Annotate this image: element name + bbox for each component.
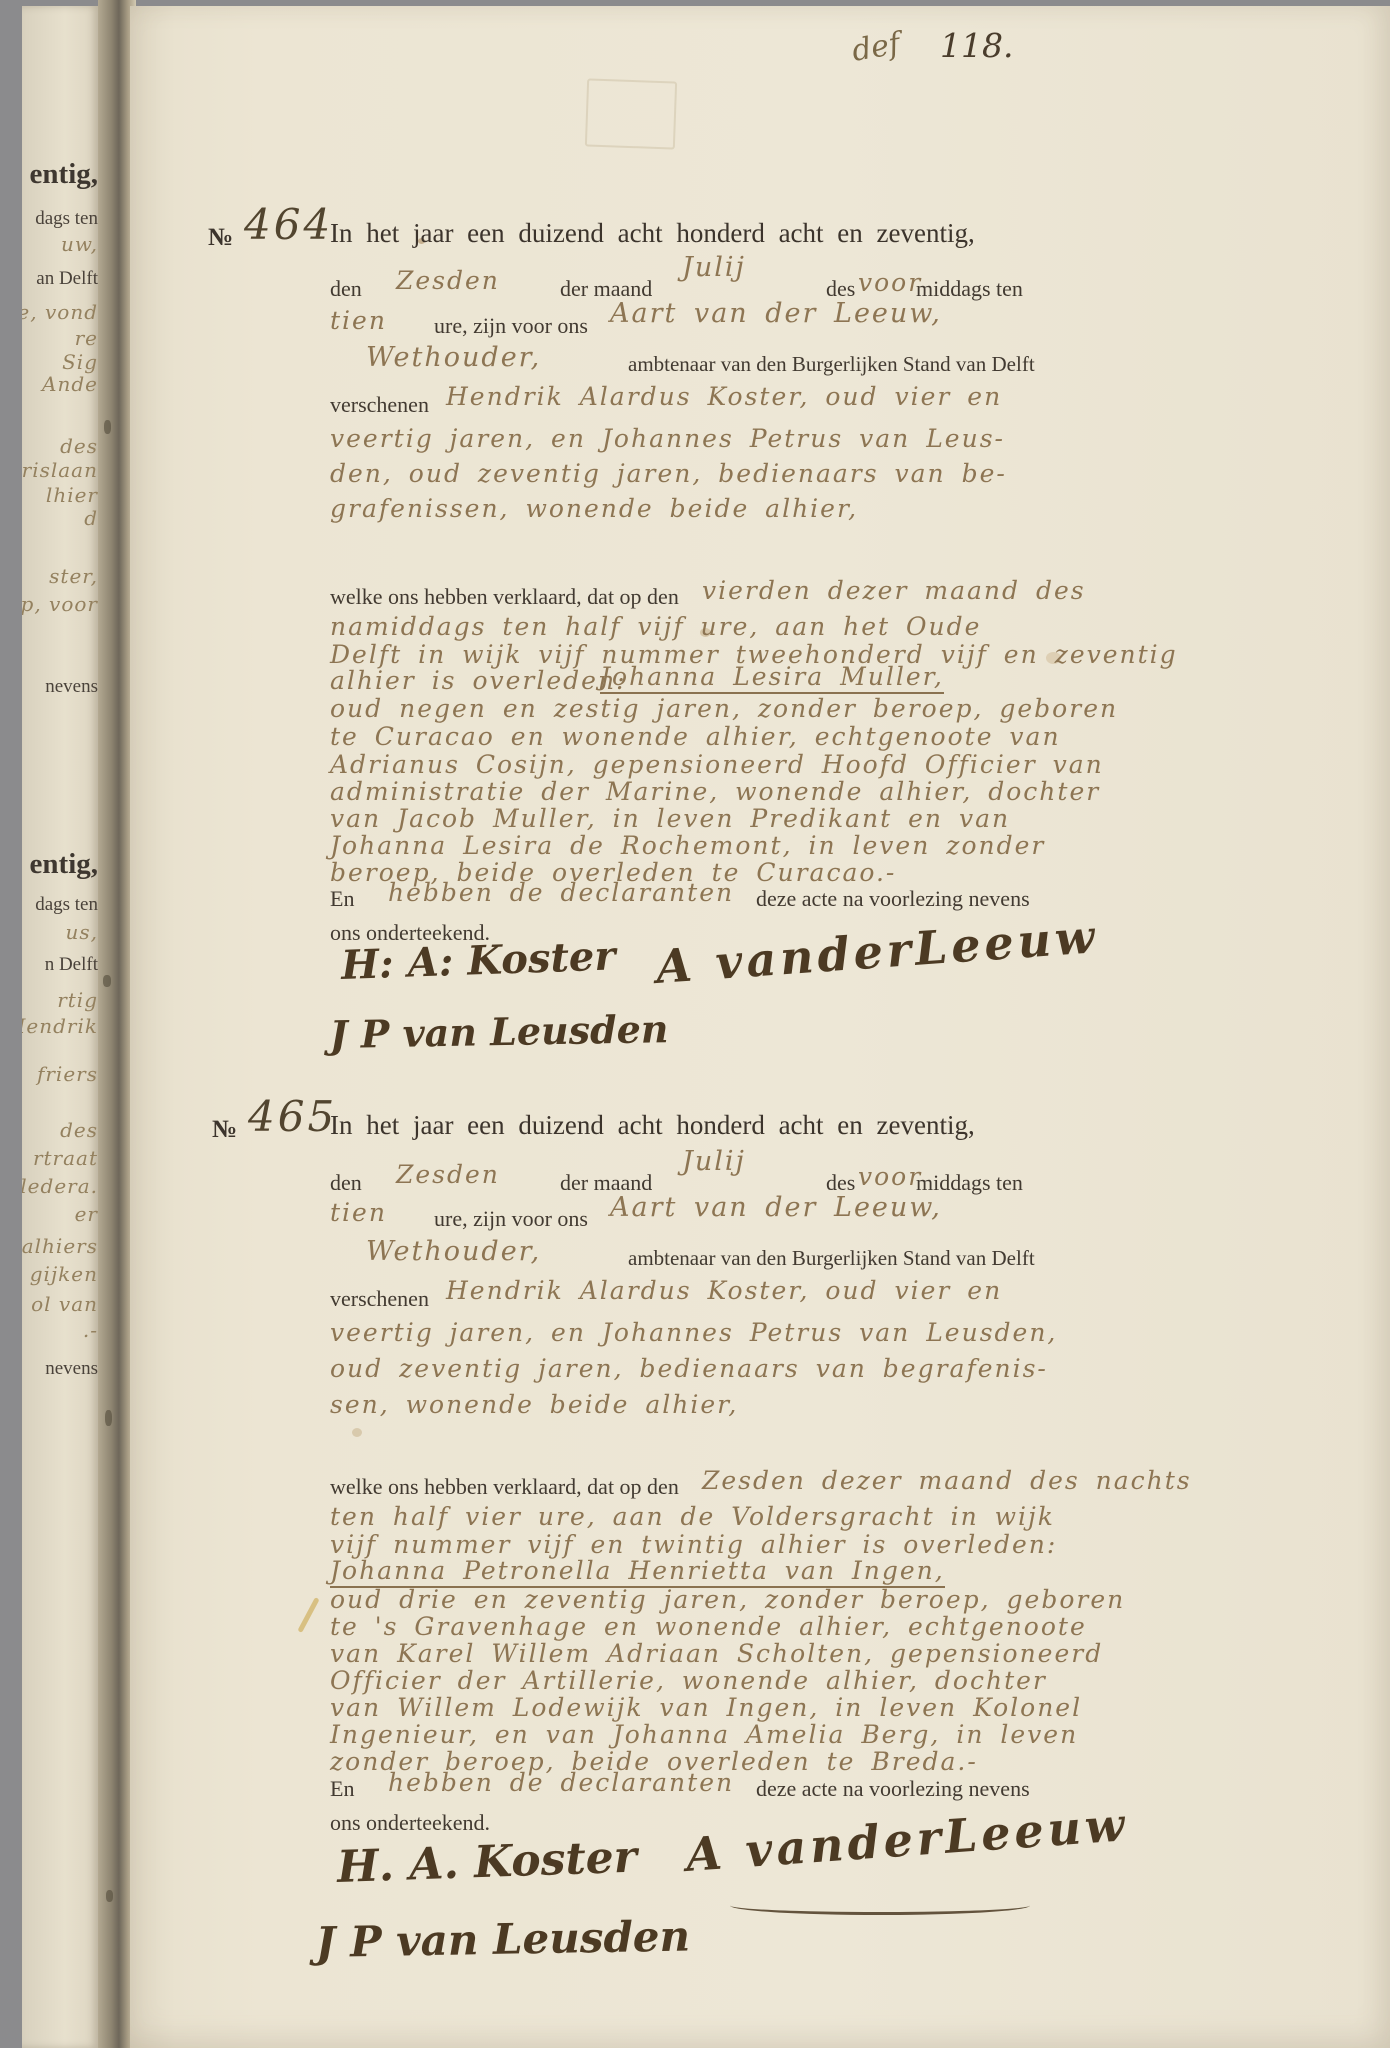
prev-page-fragment: des — [60, 1118, 98, 1142]
death-date-handwritten: Zesden dezer maand des nachts — [702, 1466, 1192, 1495]
closing-line: deze acte na voorlezing nevens — [756, 1776, 1030, 1802]
closing-line: deze acte na voorlezing nevens — [756, 886, 1030, 912]
declarants-line: veertig jaren, en Johannes Petrus van Le… — [330, 1318, 1057, 1347]
death-detail-line: van Willem Lodewijk van Ingen, in leven … — [330, 1693, 1082, 1722]
death-detail-line: ten half vier ure, aan de Voldersgracht … — [330, 1502, 1055, 1531]
foxing-spot — [352, 1428, 362, 1437]
binding-stitch — [106, 1890, 113, 1902]
declarants-line: den, oud zeventig jaren, bedienaars van … — [330, 459, 1007, 488]
signature-declarant-1: H: A: Koster — [340, 932, 616, 989]
declarants-start-handwritten: Hendrik Alardus Koster, oud vier en — [446, 382, 1002, 411]
death-date-handwritten: vierden dezer maand des — [702, 576, 1086, 605]
year-line: In het jaar een duizend acht honderd ach… — [330, 218, 975, 249]
daypart-handwritten: voor — [858, 1162, 922, 1191]
register-page-scan: entig, dags ten uw, an Delft e, vond re … — [0, 0, 1390, 2048]
declarants-start-handwritten: Hendrik Alardus Koster, oud vier en — [446, 1276, 1002, 1305]
month-handwritten: Julij — [682, 252, 746, 283]
prev-page-fragment: re — [75, 326, 98, 350]
en-label: En — [330, 886, 354, 912]
prev-page-fragment: gijken — [30, 1262, 98, 1286]
death-detail-line: namiddags ten half vijf ure, aan het Oud… — [330, 612, 981, 641]
declarants-line: oud zeventig jaren, bedienaars van begra… — [330, 1354, 1048, 1383]
prev-page-fragment: ledera. — [22, 1174, 98, 1198]
declared-handwritten: hebben de declaranten — [388, 878, 734, 907]
binding-stitch — [105, 1410, 112, 1426]
deceased-name: Johanna Lesira Muller, — [600, 662, 944, 694]
faint-stamp — [585, 78, 677, 149]
prev-page-fragment: lhier — [46, 483, 98, 507]
official-title-handwritten: Wethouder, — [366, 342, 541, 373]
death-detail-line: Officier der Artillerie, wonende alhier,… — [330, 1666, 1047, 1695]
record-number: 465 — [248, 1092, 337, 1141]
en-label: En — [330, 1776, 354, 1802]
prev-page-fragment: Hendrik — [22, 1014, 98, 1038]
prev-page-fragment: p, voor — [22, 592, 98, 616]
signature-declarant-1: H. A. Koster — [336, 1832, 637, 1893]
prev-page-fragment: Sig — [62, 350, 98, 374]
prev-page-fragment: e, vond — [22, 300, 98, 324]
death-detail-line: te 's Gravenhage en wonende alhier, echt… — [330, 1612, 1087, 1641]
prev-page-fragment: dags ten — [35, 894, 98, 916]
official-name-handwritten: Aart van der Leeuw, — [610, 1192, 942, 1223]
record-number-symbol: № — [212, 1116, 237, 1144]
prev-page-fragment: uw, — [61, 232, 98, 256]
deceased-name: Johanna Petronella Henrietta van Ingen, — [330, 1556, 945, 1588]
binding-stitch — [103, 975, 111, 987]
record-number: 464 — [244, 200, 333, 249]
prev-page-fragment: friers — [37, 1062, 98, 1086]
welke-label: welke ons hebben verklaard, dat op den — [330, 584, 679, 610]
signature-flourish — [730, 1896, 1030, 1915]
den-label: den — [330, 1170, 362, 1196]
hour-handwritten: tien — [330, 306, 387, 335]
official-name-handwritten: Aart van der Leeuw, — [610, 298, 942, 329]
death-detail-line: oud negen en zestig jaren, zonder beroep… — [330, 694, 1118, 723]
day-handwritten: Zesden — [396, 1160, 500, 1189]
prev-page-fragment: nevens — [45, 676, 98, 698]
closing-line: ons onderteekend. — [330, 1810, 490, 1836]
den-label: den — [330, 276, 362, 302]
prev-page-fragment: des — [60, 434, 98, 458]
binding-stitch — [104, 420, 111, 434]
ambtenaar-label: ambtenaar van den Burgerlijken Stand van… — [628, 1246, 1035, 1271]
ure-label: ure, zijn voor ons — [434, 313, 588, 339]
prev-page-fragment: entig, — [30, 158, 98, 191]
death-detail-line: Ingenieur, en van Johanna Amelia Berg, i… — [330, 1720, 1078, 1749]
prev-page-fragment: d — [84, 506, 98, 530]
welke-label: welke ons hebben verklaard, dat op den — [330, 1474, 679, 1500]
year-line: In het jaar een duizend acht honderd ach… — [330, 1110, 975, 1141]
official-title-handwritten: Wethouder, — [366, 1236, 541, 1267]
prev-page-fragment: Ande — [42, 372, 98, 396]
prev-page-fragment: ster, — [49, 564, 98, 588]
prev-page-fragment: alhiers — [22, 1234, 98, 1258]
declarants-line: veertig jaren, en Johannes Petrus van Le… — [330, 424, 1005, 453]
prev-page-fragment: us, — [65, 920, 98, 944]
ambtenaar-label: ambtenaar van den Burgerlijken Stand van… — [628, 352, 1035, 377]
overleden-prefix: alhier is overleden: — [330, 666, 627, 695]
hour-handwritten: tien — [330, 1198, 387, 1227]
death-detail-line: Johanna Lesira de Rochemont, in leven zo… — [330, 831, 1045, 860]
declared-handwritten: hebben de declaranten — [388, 1768, 734, 1797]
death-detail-line: Adrianus Cosijn, gepensioneerd Hoofd Off… — [330, 750, 1104, 779]
day-handwritten: Zesden — [396, 266, 500, 295]
prev-page-fragment: rtig — [57, 988, 98, 1012]
prev-page-fragment: rislaan — [22, 458, 98, 482]
declarants-line: grafenissen, wonende beide alhier, — [330, 494, 858, 523]
death-detail-line: oud drie en zeventig jaren, zonder beroe… — [330, 1585, 1125, 1614]
daypart-handwritten: voor — [858, 268, 922, 297]
prev-page-fragment: rtraat — [33, 1146, 98, 1170]
folio-number: 118. — [940, 26, 1013, 65]
death-detail-line: van Jacob Muller, in leven Predikant en … — [330, 804, 1010, 833]
prev-page-fragment: ol van — [31, 1292, 98, 1316]
death-detail-line: te Curacao en wonende alhier, echtgenoot… — [330, 722, 1061, 751]
prev-page-fragment: er — [75, 1202, 98, 1226]
prev-page-fragment: an Delft — [36, 268, 98, 290]
prev-page-fragment: dags ten — [35, 208, 98, 230]
declarants-line: sen, wonende beide alhier, — [330, 1390, 738, 1419]
signature-declarant-2: J P van Leusden — [329, 1006, 669, 1057]
prev-page-fragment: entig, — [30, 848, 98, 881]
prev-page-fragment: .- — [83, 1318, 98, 1342]
death-detail-line: administratie der Marine, wonende alhier… — [330, 777, 1100, 806]
ure-label: ure, zijn voor ons — [434, 1206, 588, 1232]
death-detail-line: van Karel Willem Adriaan Scholten, gepen… — [330, 1639, 1103, 1668]
signature-declarant-2: J P van Leusden — [315, 1911, 690, 1967]
month-handwritten: Julij — [682, 1146, 746, 1177]
verschenen-label: verschenen — [330, 1286, 429, 1312]
verschenen-label: verschenen — [330, 392, 429, 418]
previous-page-edge: entig, dags ten uw, an Delft e, vond re … — [22, 6, 100, 2048]
prev-page-fragment: nevens — [45, 1358, 98, 1380]
prev-page-fragment: n Delft — [45, 954, 98, 976]
death-detail-line: vijf nummer vijf en twintig alhier is ov… — [330, 1530, 1057, 1559]
record-number-symbol: № — [208, 224, 233, 252]
